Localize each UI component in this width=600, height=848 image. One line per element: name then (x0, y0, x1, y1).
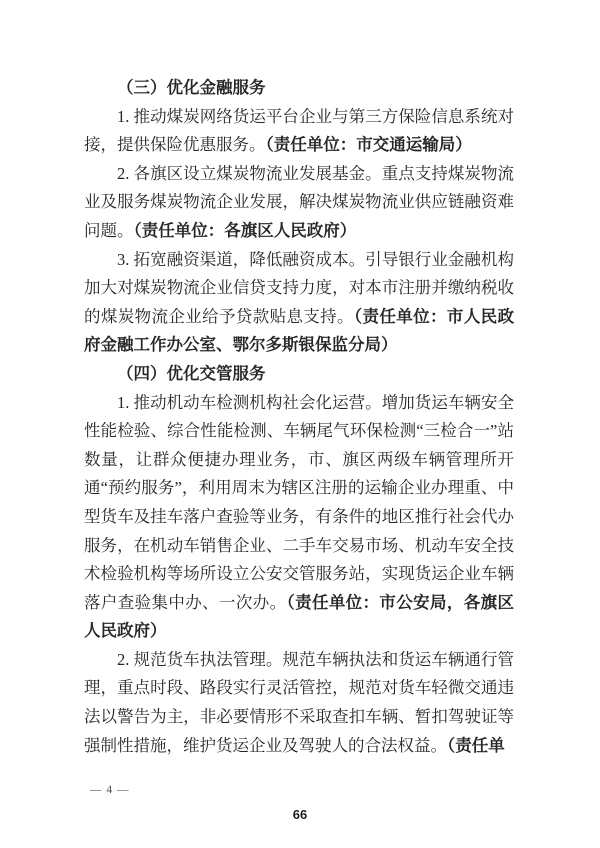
paragraph: 3. 拓宽融资渠道，降低融资成本。引导银行业金融机构加大对煤炭物流企业信贷支持力… (84, 246, 514, 360)
paragraph: 1. 推动机动车检测机构社会化运营。增加货运车辆安全性能检验、综合性能检测、车辆… (84, 389, 514, 646)
emphasis-text: （责任单位：市交通运输局） (266, 135, 472, 154)
section-heading: （四）优化交管服务 (84, 360, 514, 389)
section-heading: （三）优化金融服务 (84, 74, 514, 103)
paragraph: 2. 各旗区设立煤炭物流业发展基金。重点支持煤炭物流业及服务煤炭物流企业发展，解… (84, 160, 514, 246)
document-page: （三）优化金融服务1. 推动煤炭网络货运平台企业与第三方保险信息系统对接，提供保… (0, 0, 600, 848)
inner-page-number: — 4 — (90, 784, 130, 796)
paragraph: 2. 规范货车执法管理。规范车辆执法和货运车辆通行管理，重点时段、路段实行灵活管… (84, 646, 514, 760)
emphasis-text: （三）优化金融服务 (117, 78, 266, 97)
body-text: 1. 推动机动车检测机构社会化运营。增加货运车辆安全性能检验、综合性能检测、车辆… (84, 393, 514, 612)
document-body: （三）优化金融服务1. 推动煤炭网络货运平台企业与第三方保险信息系统对接，提供保… (84, 74, 514, 760)
emphasis-text: （责任单位：各旗区人民政府） (134, 221, 357, 240)
emphasis-text: （责任单 (447, 736, 505, 755)
paragraph: 1. 推动煤炭网络货运平台企业与第三方保险信息系统对接，提供保险优惠服务。（责任… (84, 103, 514, 160)
outer-page-number: 66 (0, 807, 600, 822)
emphasis-text: （四）优化交管服务 (117, 364, 266, 383)
